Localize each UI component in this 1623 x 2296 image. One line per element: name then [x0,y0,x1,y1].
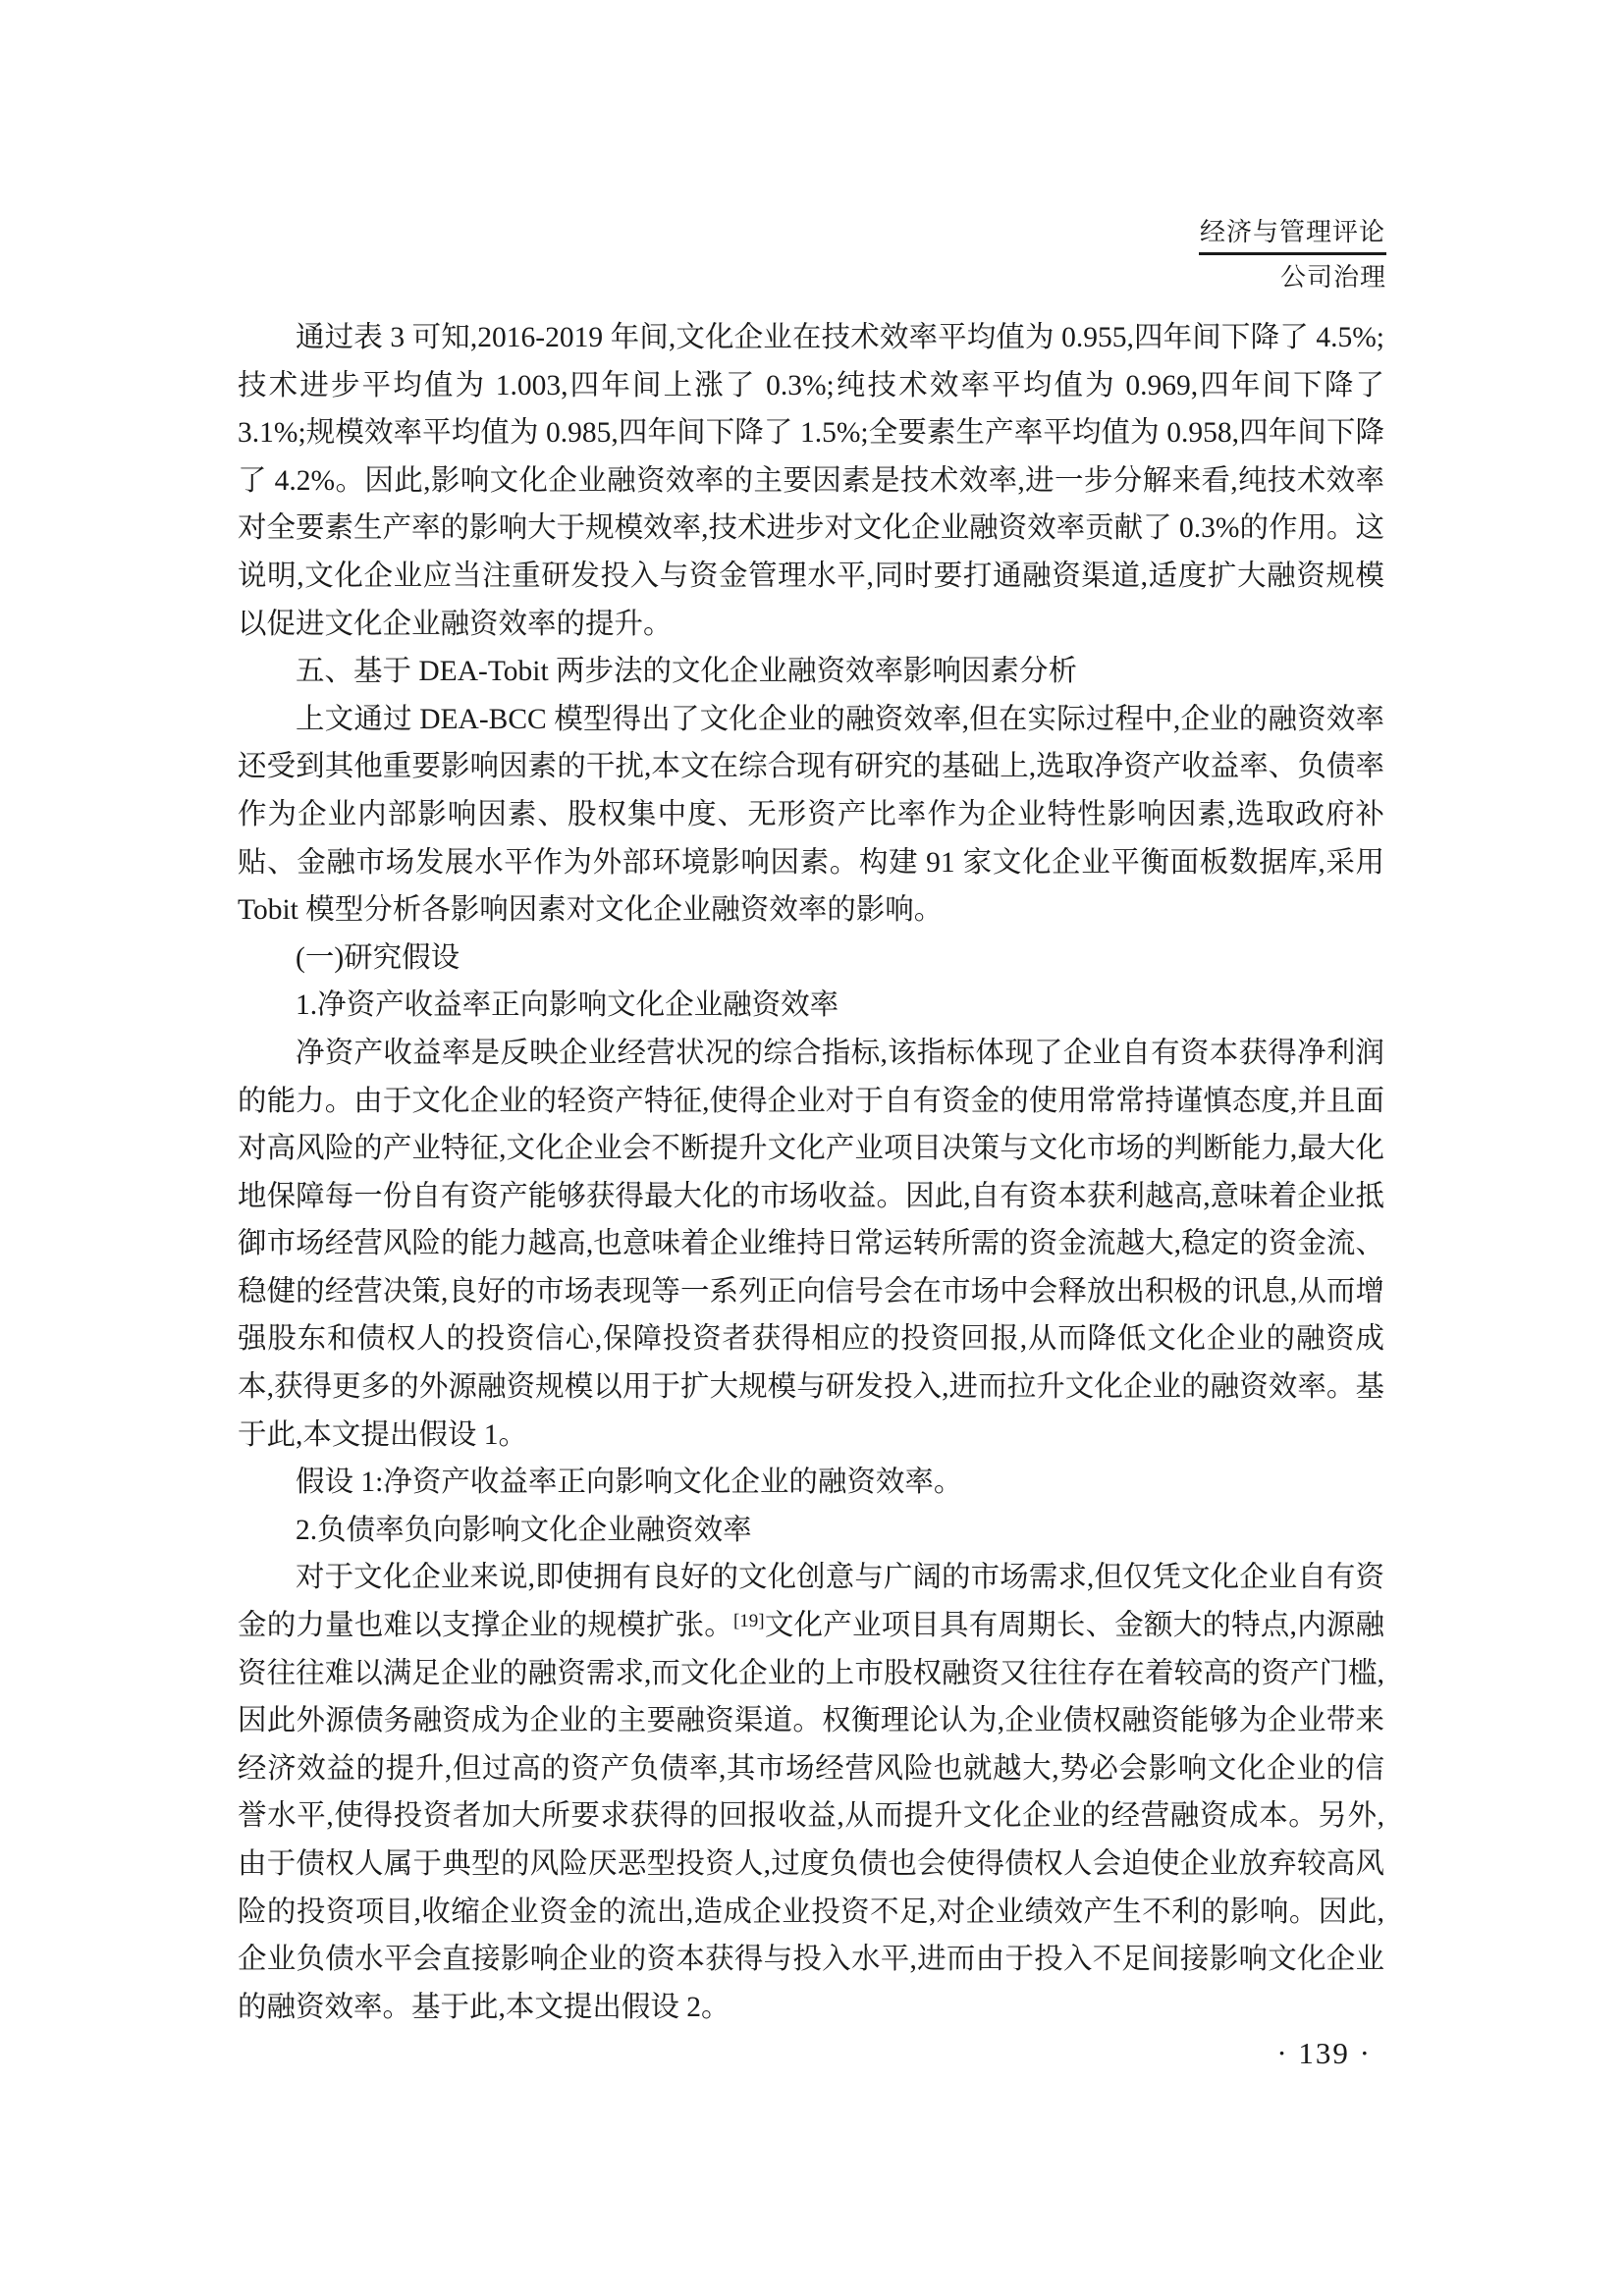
text-segment: 上文通过 DEA-BCC 模型得出了文化企业的融资效率,但在实际过程中,企业的融… [238,704,1384,926]
section-heading: 五、基于 DEA-Tobit 两步法的文化企业融资效率影响因素分析 [238,648,1384,696]
text-segment: 1.净资产收益率正向影响文化企业融资效率 [296,989,839,1021]
numbered-heading: 1.净资产收益率正向影响文化企业融资效率 [238,982,1384,1030]
text-segment: 2.负债率负向影响文化企业融资效率 [296,1515,752,1546]
page-number: · 139 · [1276,2036,1372,2071]
text-segment: 假设 1:净资产收益率正向影响文化企业的融资效率。 [296,1467,962,1498]
subsection-heading: (一)研究假设 [238,934,1384,983]
hypothesis: 假设 1:净资产收益率正向影响文化企业的融资效率。 [238,1459,1384,1507]
paragraph: 净资产收益率是反映企业经营状况的综合指标,该指标体现了企业自有资本获得净利润的能… [238,1030,1384,1459]
text-segment: 净资产收益率是反映企业经营状况的综合指标,该指标体现了企业自有资本获得净利润的能… [238,1038,1384,1451]
text-segment: 通过表 3 可知,2016-2019 年间,文化企业在技术效率平均值为 0.95… [238,322,1384,640]
text-segment: 五、基于 DEA-Tobit 两步法的文化企业融资效率影响因素分析 [296,656,1077,687]
paragraph: 通过表 3 可知,2016-2019 年间,文化企业在技术效率平均值为 0.95… [238,314,1384,648]
text-segment: (一)研究假设 [296,942,460,974]
journal-title: 经济与管理评论 [1199,217,1386,255]
journal-section-label: 公司治理 [1199,262,1386,294]
paragraph: 对于文化企业来说,即使拥有良好的文化创意与广阔的市场需求,但仅凭文化企业自有资金… [238,1554,1384,2031]
scanned-paper-page: 经济与管理评论 公司治理 通过表 3 可知,2016-2019 年间,文化企业在… [0,0,1623,2296]
running-head: 经济与管理评论 公司治理 [1199,217,1386,294]
document-body: 通过表 3 可知,2016-2019 年间,文化企业在技术效率平均值为 0.95… [238,314,1384,2031]
citation-superscript: [19] [733,1611,765,1631]
paragraph: 上文通过 DEA-BCC 模型得出了文化企业的融资效率,但在实际过程中,企业的融… [238,696,1384,934]
numbered-heading: 2.负债率负向影响文化企业融资效率 [238,1507,1384,1555]
text-segment: 文化产业项目具有周期长、金额大的特点,内源融资往往难以满足企业的融资需求,而文化… [238,1610,1384,2023]
